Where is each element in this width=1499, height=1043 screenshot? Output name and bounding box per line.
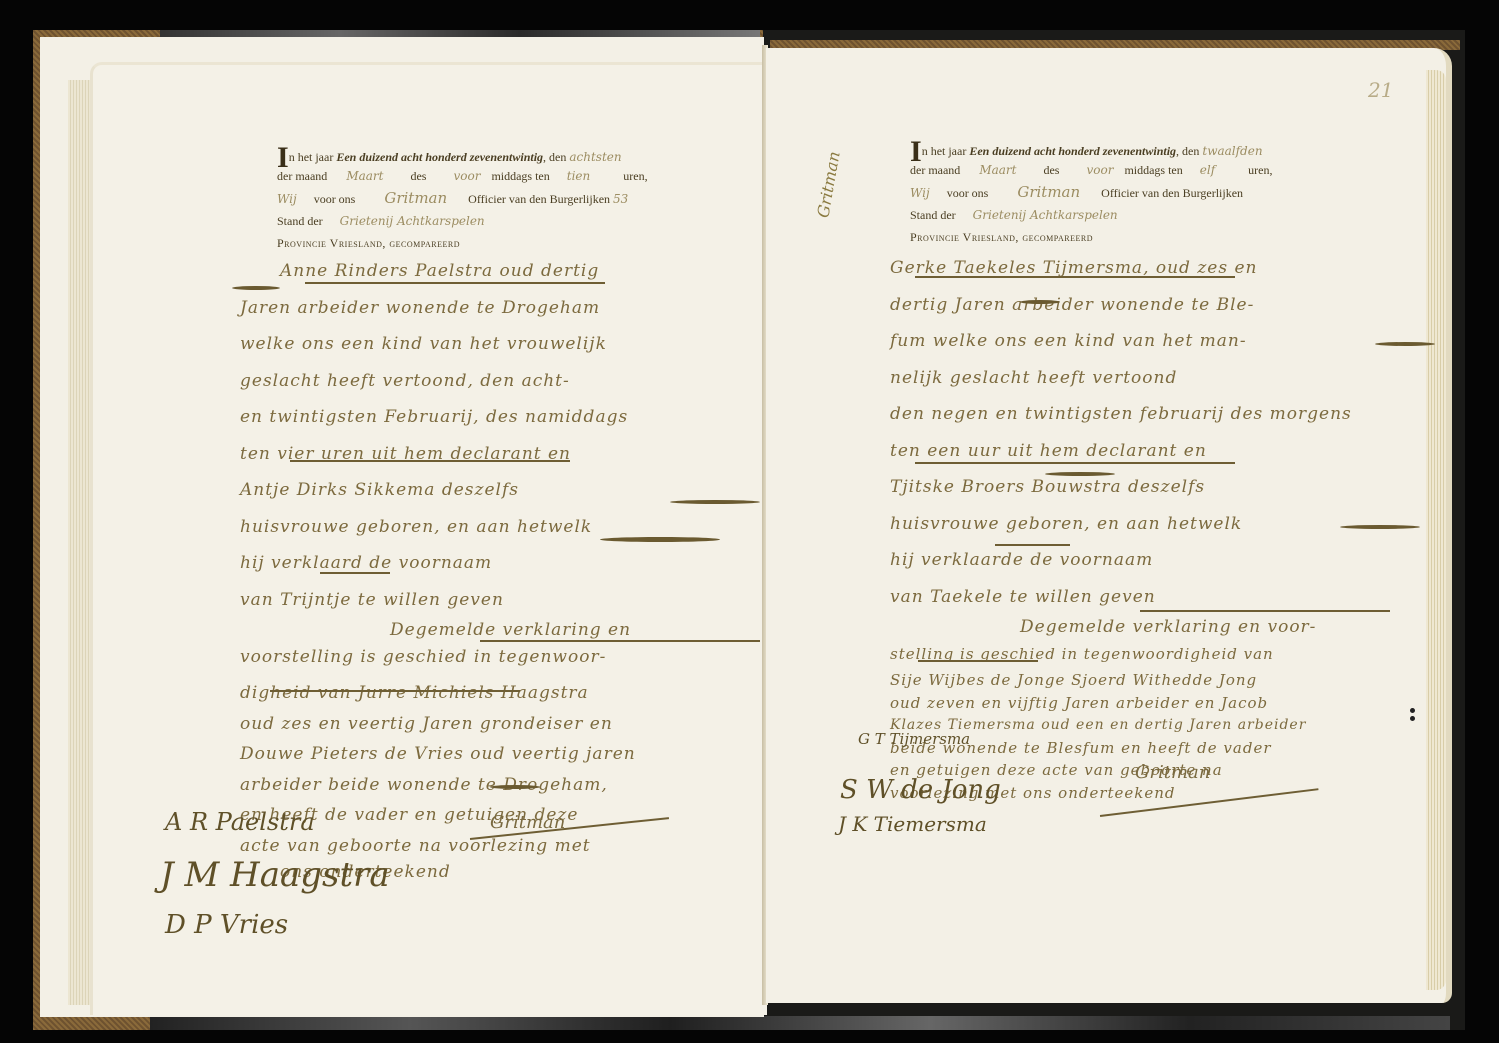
signature-witness-2: J K Tiemersma xyxy=(838,812,987,836)
left-page-edges xyxy=(68,80,90,1005)
ink-flourish xyxy=(1375,342,1435,346)
signature-father: G T Tijmersma xyxy=(858,730,970,748)
year-text: Een duizend acht honderd zevenentwintig xyxy=(969,144,1176,158)
name-underline xyxy=(915,462,1235,464)
fill-officer: Gritman xyxy=(1017,183,1080,201)
left-form-header: In het jaar Een duizend acht honderd zev… xyxy=(277,146,747,254)
name-underline xyxy=(915,276,1235,278)
name-underline xyxy=(480,640,760,642)
signature-witness-1: S W de Jong xyxy=(840,775,1001,805)
fill-officer-prefix: Wij xyxy=(277,192,297,206)
ink-dot xyxy=(1410,716,1415,721)
fill-municipality: Grietenij Achtkarspelen xyxy=(340,214,485,228)
year-text: Een duizend acht honderd zevenentwintig xyxy=(336,150,543,164)
fill-month: Maart xyxy=(979,163,1016,177)
province-line: Provincie Vriesland, gecompareerd xyxy=(910,226,1380,248)
fill-day: achtsten xyxy=(569,150,621,164)
fill-municipality: Grietenij Achtkarspelen xyxy=(973,208,1118,222)
name-underline xyxy=(1140,610,1390,612)
fill-ampm: voor xyxy=(1086,163,1113,177)
right-entry-body: Gerke Taekeles Tijmersma, oud zes en der… xyxy=(890,250,1440,811)
name-underline xyxy=(270,690,520,692)
ink-flourish xyxy=(600,537,720,542)
fill-hour: elf xyxy=(1200,163,1215,177)
signature-witness-2: D P Vries xyxy=(165,910,288,940)
ink-flourish xyxy=(1340,525,1420,529)
fill-ampm: voor xyxy=(453,169,480,183)
officer-signature: Gritman xyxy=(1135,762,1210,783)
ink-flourish xyxy=(1020,300,1060,304)
fill-officer: Gritman xyxy=(384,189,447,207)
ink-flourish xyxy=(232,286,280,290)
fill-officer-prefix: Wij xyxy=(910,186,930,200)
ink-flourish xyxy=(490,785,540,789)
signature-witness-1: J M Haagstra xyxy=(160,855,390,895)
name-underline xyxy=(290,460,570,462)
ink-dot xyxy=(1410,708,1415,713)
fill-day: twaalfden xyxy=(1202,144,1262,158)
marbled-edge-bottom xyxy=(150,1016,1450,1030)
ink-flourish xyxy=(1045,472,1115,476)
page-number: 21 xyxy=(1368,78,1393,102)
name-underline xyxy=(995,544,1070,546)
name-underline xyxy=(305,282,605,284)
ink-flourish xyxy=(670,500,760,504)
name-underline xyxy=(918,660,1038,662)
margin-mark: 53 xyxy=(613,192,628,206)
signature-father: A R Paelstra xyxy=(165,808,315,836)
name-underline xyxy=(320,572,390,574)
fill-hour: tien xyxy=(567,169,591,183)
right-form-header: In het jaar Een duizend acht honderd zev… xyxy=(910,140,1380,248)
fill-month: Maart xyxy=(346,169,383,183)
province-line: Provincie Vriesland, gecompareerd xyxy=(277,232,747,254)
